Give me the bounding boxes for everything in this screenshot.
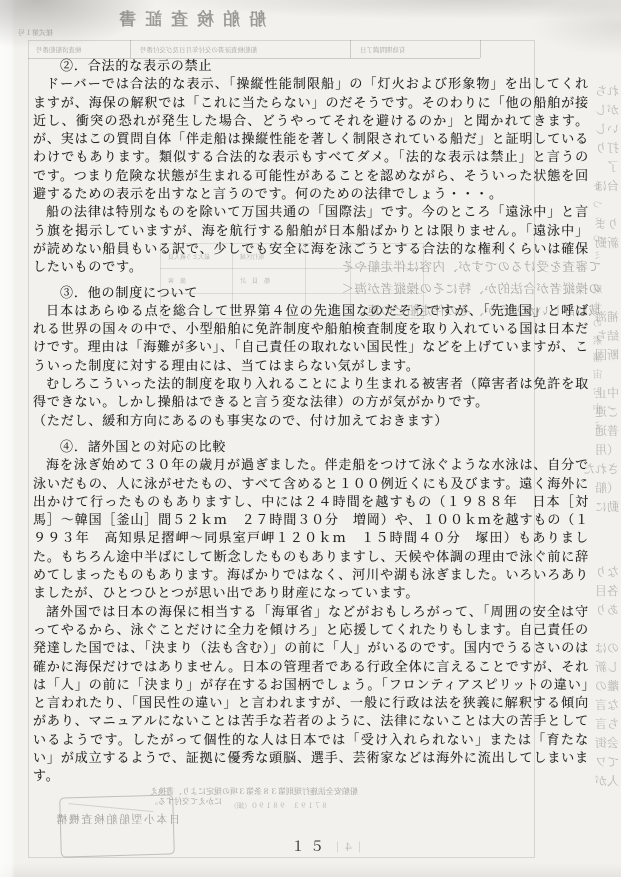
section-4-comparison-foreign-countries: ④．諸外国との対応の比較 海を泳ぎ始めて３０年の歳月が過ぎました。伴走船をつけて… (33, 438, 589, 786)
scanned-document-page: 船舶検査証書 様式第１号 検査済船舶番号 船舶検査証書の交付年月日及び交付番号 … (0, 0, 621, 877)
bleed-edge-fragment: 各目 (595, 582, 619, 599)
section-heading: ③．他の制度について (33, 284, 589, 302)
bleed-edge-fragment: がし (595, 101, 619, 118)
bleed-edge-fragment: （船 (595, 479, 619, 496)
bleed-edge-fragment: あり (595, 601, 619, 618)
paragraph: むしろこういった法的制度を取り入れることにより生まれる被害者（障害者は免許を取得… (33, 375, 589, 412)
bleed-header-cell-3: 有効期間満了日 (360, 45, 406, 54)
section-heading: ②．合法的な表示の禁止 (33, 57, 589, 75)
bleed-form-label: 様式第１号 (18, 28, 53, 38)
bleed-edge-fragment: のは (595, 639, 619, 656)
paragraph-note: （ただし、緩和方向にあるのも事実なので、付け加えておきます） (33, 412, 589, 430)
section-3-other-systems: ③．他の制度について 日本はあらゆる点を総合して世界第４位の先進国なのだそうです… (33, 284, 589, 430)
section-heading: ④．諸外国との対応の比較 (33, 438, 589, 456)
bleed-stamp-outline (59, 794, 175, 857)
paragraph: 船の法律は特別なものを除いて万国共通の「国際法」です。今のところ「遠泳中」と言う… (33, 203, 589, 276)
bleed-edge-fragment: な言 (595, 696, 619, 713)
paragraph: ドーバーでは合法的な表示、「操縦性能制限船」の「灯火および形象物」を出してくれま… (33, 75, 589, 203)
paragraph: 海を泳ぎ始めて３０年の歳月が過ぎました。伴走船をつけて泳ぐような水泳は、自分で泳… (33, 456, 589, 602)
bleed-edge-fragment: てワ (595, 753, 619, 770)
bleed-page-margin-marks: ｜４｜ (332, 839, 365, 855)
bleed-edge-fragment: 動に (595, 498, 619, 515)
bleed-edge-fragment: 人が (595, 772, 619, 789)
document-body: ②．合法的な表示の禁止 ドーバーでは合法的な表示、「操縦性能制限船」の「灯火およ… (33, 57, 589, 786)
bleed-edge-fragment: いし (595, 120, 619, 137)
bleed-header-tick-1 (130, 40, 131, 58)
bleed-edge-fragment: し新 (595, 658, 619, 675)
bleed-edge-fragment: なり (595, 563, 619, 580)
bleed-edge-fragment: 了 (607, 158, 619, 175)
bleed-edge-fragment: 打り (595, 139, 619, 156)
bleed-footer-code: ８７１９３ ９８１９０（細） (178, 801, 328, 811)
bleed-header-tick-2 (350, 40, 351, 58)
bleed-certificate-title: 船舶検査証書 (98, 5, 266, 30)
bleed-edge-fragment: れち (595, 82, 619, 99)
bleed-header-tick-3 (480, 40, 481, 58)
bleed-footer-line-1: 船舶安全法施行規則第３８条第３項の規定により、書換え (150, 787, 358, 796)
section-2-legal-display-ban: ②．合法的な表示の禁止 ドーバーでは合法的な表示、「操縦性能制限船」の「灯火およ… (33, 57, 589, 277)
paragraph: 諸外国では日本の海保に相当する「海軍省」などがおもしろがって、「周囲の安全は守っ… (33, 603, 589, 786)
bleed-edge-fragment: 離の (595, 677, 619, 694)
bleed-vertical-margin-text: サつミつミ 班サの素藩宙お中ミ (592, 182, 607, 450)
bleed-edge-fragment: 会街 (595, 734, 619, 751)
bleed-header-cell-2: 船舶検査証書の交付年月日及び交付番号 (140, 45, 257, 54)
paragraph: 日本はあらゆる点を総合して世界第４位の先進国なのだそうですが、「先進国」と呼ばれ… (33, 302, 589, 375)
page-number: １５ (291, 836, 329, 856)
bleed-edge-fragment: ち言 (595, 715, 619, 732)
bleed-header-cell-1: 検査済船舶番号 (36, 45, 82, 54)
